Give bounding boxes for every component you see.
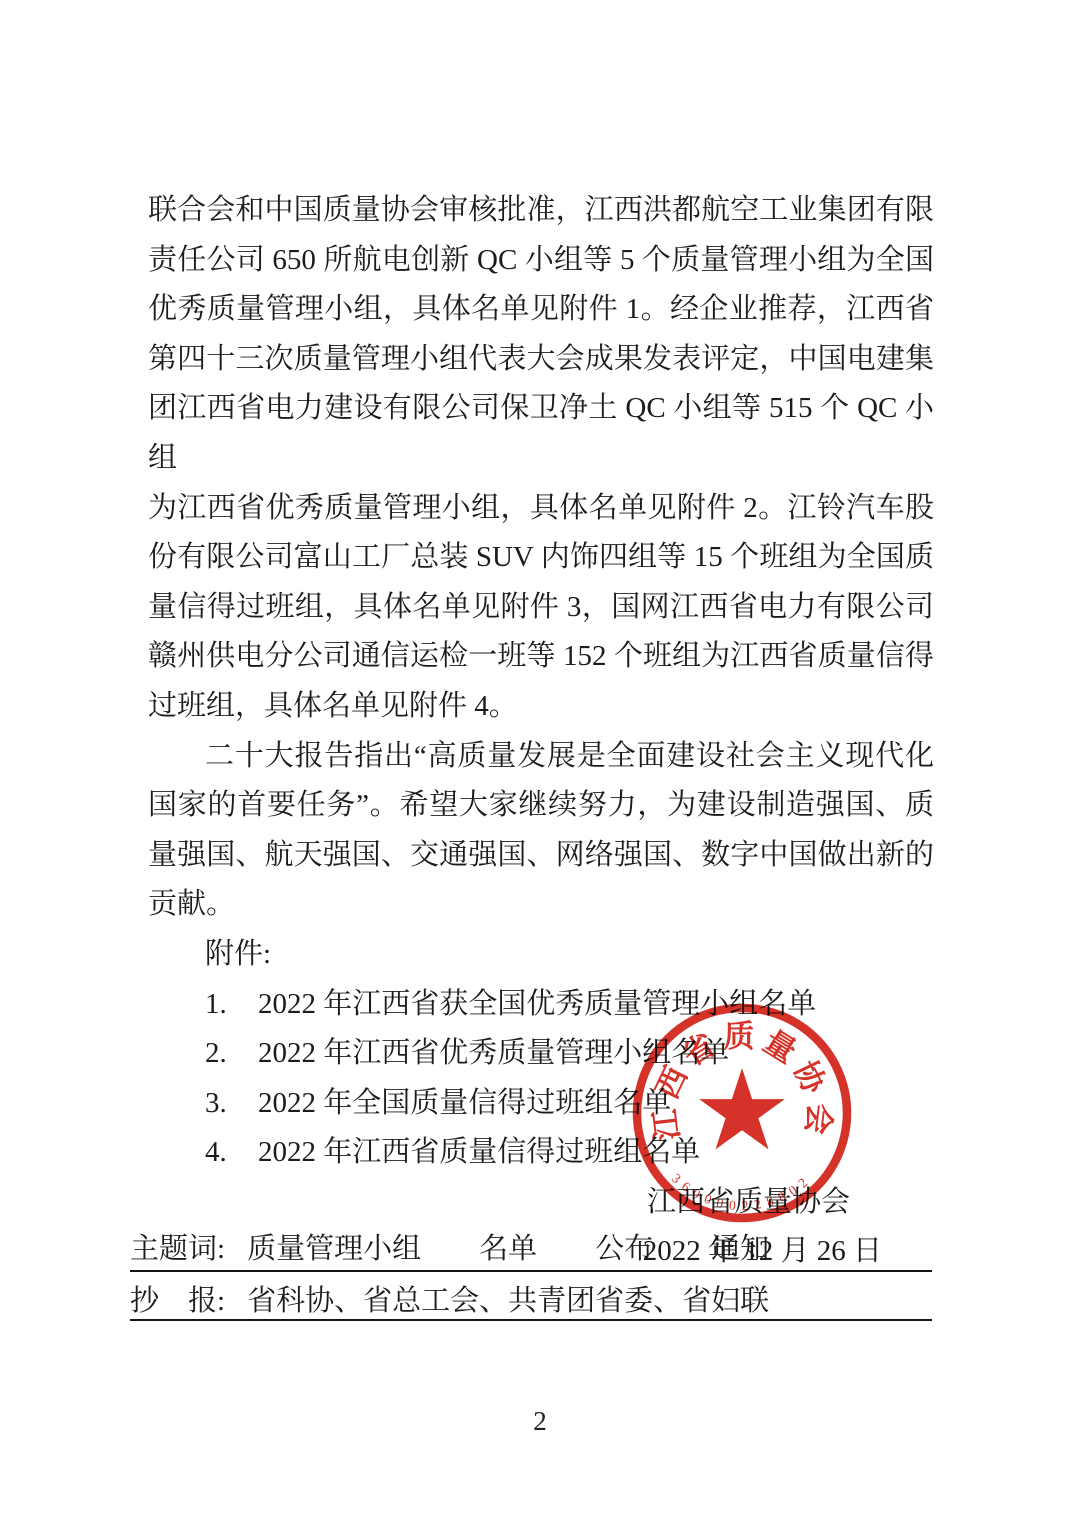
attachment-number: 4. [205, 1128, 258, 1178]
attachment-item: 2.2022 年江西省优秀质量管理小组名单 [148, 1029, 934, 1079]
attachment-item: 3.2022 年全国质量信得过班组名单 [148, 1079, 934, 1129]
body-line: 量信得过班组，具体名单见附件 3，国网江西省电力有限公司 [148, 583, 934, 633]
attachment-title: 2022 年全国质量信得过班组名单 [258, 1087, 671, 1119]
attachment-number: 3. [205, 1079, 258, 1129]
body-line: 份有限公司富山工厂总装 SUV 内饰四组等 15 个班组为全国质 [148, 533, 934, 583]
body-line: 团江西省电力建设有限公司保卫净土 QC 小组等 515 个 QC 小组 [148, 384, 934, 483]
attachment-title: 2022 年江西省优秀质量管理小组名单 [258, 1037, 729, 1069]
document-body: 联合会和中国质量协会审核批准，江西洪都航空工业集团有限责任公司 650 所航电创… [148, 186, 934, 1277]
attachment-title: 2022 年江西省获全国优秀质量管理小组名单 [258, 988, 816, 1020]
body-line: 第四十三次质量管理小组代表大会成果发表评定，中国电建集 [148, 335, 934, 385]
body-line: 优秀质量管理小组，具体名单见附件 1。经企业推荐，江西省 [148, 285, 934, 335]
signature-org: 江西省质量协会 [148, 1178, 934, 1228]
body-line: 联合会和中国质量协会审核批准，江西洪都航空工业集团有限 [148, 186, 934, 236]
body-line: 国家的首要任务”。希望大家继续努力，为建设制造强国、质 [148, 781, 934, 831]
body-line: 过班组，具体名单见附件 4。 [148, 682, 934, 732]
attachments-label: 附件: [148, 930, 934, 980]
subject-keywords-terms: 质量管理小组 名单 公布 通知 [247, 1233, 769, 1265]
subject-keywords-label: 主题词: [130, 1233, 225, 1265]
body-line: 量强国、航天强国、交通强国、网络强国、数字中国做出新的 [148, 831, 934, 881]
attachment-number: 2. [205, 1029, 258, 1079]
attachment-item: 1.2022 年江西省获全国优秀质量管理小组名单 [148, 980, 934, 1030]
body-line: 二十大报告指出“高质量发展是全面建设社会主义现代化 [148, 732, 934, 782]
attachment-item: 4.2022 年江西省质量信得过班组名单 [148, 1128, 934, 1178]
paragraph-congress-report: 二十大报告指出“高质量发展是全面建设社会主义现代化国家的首要任务”。希望大家继续… [148, 732, 934, 930]
attachments-list: 1.2022 年江西省获全国优秀质量管理小组名单2.2022 年江西省优秀质量管… [148, 980, 934, 1178]
document-page: 联合会和中国质量协会审核批准，江西洪都航空工业集团有限责任公司 650 所航电创… [0, 0, 1080, 1528]
document-footer: 主题词:质量管理小组 名单 公布 通知 抄 报:省科协、省总工会、共青团省委、省… [130, 1232, 932, 1321]
body-line: 赣州供电分公司通信运检一班等 152 个班组为江西省质量信得 [148, 632, 934, 682]
cc-row: 抄 报:省科协、省总工会、共青团省委、省妇联 [130, 1272, 932, 1321]
body-line: 贡献。 [148, 880, 934, 930]
body-line: 责任公司 650 所航电创新 QC 小组等 5 个质量管理小组为全国 [148, 236, 934, 286]
body-line: 为江西省优秀质量管理小组，具体名单见附件 2。江铃汽车股 [148, 484, 934, 534]
paragraph-continuation: 联合会和中国质量协会审核批准，江西洪都航空工业集团有限责任公司 650 所航电创… [148, 186, 934, 732]
attachment-title: 2022 年江西省质量信得过班组名单 [258, 1136, 700, 1168]
subject-keywords-row: 主题词:质量管理小组 名单 公布 通知 [130, 1232, 932, 1272]
page-number: 2 [0, 1406, 1080, 1437]
cc-label: 抄 报: [130, 1285, 225, 1317]
attachment-number: 1. [205, 980, 258, 1030]
cc-value: 省科协、省总工会、共青团省委、省妇联 [247, 1285, 769, 1317]
